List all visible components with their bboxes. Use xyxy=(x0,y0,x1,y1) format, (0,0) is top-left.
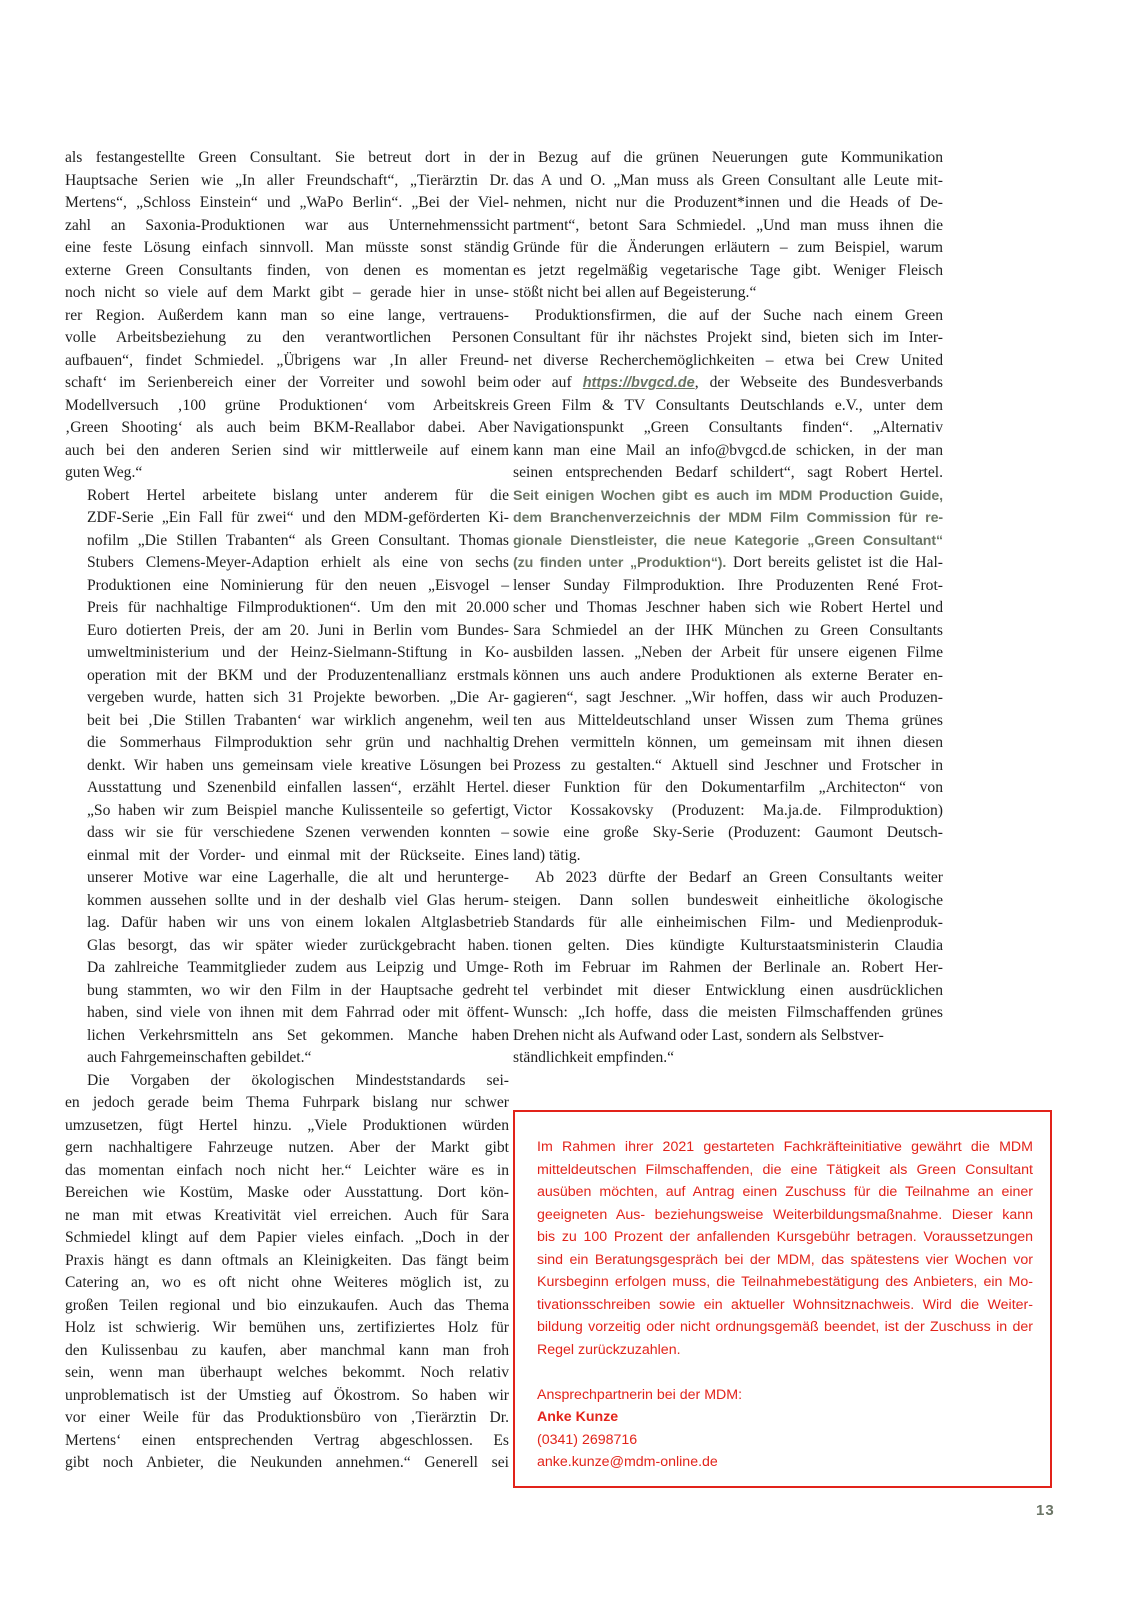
text-line: zahl an Saxonia-Produktionen war aus Unt… xyxy=(65,215,509,238)
highlight-line: dem Branchenverzeichnis der MDM Film Com… xyxy=(513,507,943,530)
text-line: lag. Dafür haben wir uns von einem lokal… xyxy=(65,912,509,935)
paragraph-1: als festangestellte Green Consultant. Si… xyxy=(65,147,509,485)
info-line: sind ein Beratungsgespräch bei der MDM, … xyxy=(537,1249,1033,1272)
text-line: Standards für alle einheimischen Film- u… xyxy=(513,912,943,935)
text-line: aufbauen“, findet Schmiedel. „Übrigens w… xyxy=(65,350,509,373)
paragraph-4: in Bezug auf die grünen Neuerungen gute … xyxy=(513,147,943,305)
text-line: lenser Sunday Filmproduktion. Ihre Produ… xyxy=(513,575,943,598)
text-line: Catering an, wo es oft nicht ohne Weiter… xyxy=(65,1272,509,1295)
paragraph-2: Robert Hertel arbeitete bislang unter an… xyxy=(65,485,509,1070)
contact-email[interactable]: anke.kunze@mdm-online.de xyxy=(537,1451,1033,1474)
left-column: als festangestellte Green Consultant. Si… xyxy=(65,147,509,1475)
text-line: en jedoch gerade beim Thema Fuhrpark bis… xyxy=(65,1092,509,1115)
text-line: partment“, betont Sara Schmiedel. „Und m… xyxy=(513,215,943,238)
page-number: 13 xyxy=(1036,1502,1055,1519)
text-line: haben, sind viele von ihnen mit dem Fahr… xyxy=(65,1002,509,1025)
highlight-fragment: (zu finden unter „Produktion“). xyxy=(513,555,726,571)
text-line: auch Fahrgemeinschaften gebildet.“ xyxy=(65,1047,509,1070)
text-line: bung stammten, wo wir den Film in der Ha… xyxy=(65,980,509,1003)
text-line: gibt noch Anbieter, die Neukunden annehm… xyxy=(65,1452,509,1475)
highlight-line: gionale Dienstleister, die neue Kategori… xyxy=(513,530,943,553)
info-line: Regel zurückzuzahlen. xyxy=(537,1339,1033,1362)
contact-name: Anke Kunze xyxy=(537,1406,1033,1429)
text-line: operation mit der BKM und der Produzente… xyxy=(65,665,509,688)
text-line: Drehen vermitteln können, um gemeinsam m… xyxy=(513,732,943,755)
text-line: Produktionen eine Nominierung für den ne… xyxy=(65,575,509,598)
text-line: auch bei den anderen Serien sind wir mit… xyxy=(65,440,509,463)
text-line: gern nachhaltigere Fahrzeuge nutzen. Abe… xyxy=(65,1137,509,1160)
text-line: Mertens‘ einen entsprechenden Vertrag ab… xyxy=(65,1430,509,1453)
text-line: ständlichkeit empfinden.“ xyxy=(513,1047,943,1070)
text-line: Produktionsfirmen, die auf der Suche nac… xyxy=(513,305,943,328)
text-line: tionen gelten. Dies kündigte Kulturstaat… xyxy=(513,935,943,958)
text-line: die Sommerhaus Filmproduktion sehr grün … xyxy=(65,732,509,755)
text-line: umzusetzen, fügt Hertel hinzu. „Viele Pr… xyxy=(65,1115,509,1138)
info-line: Im Rahmen ihrer 2021 gestarteten Fachkrä… xyxy=(537,1136,1033,1159)
text-line: steigen. Dann sollen bundesweit einheitl… xyxy=(513,890,943,913)
text-line: land) tätig. xyxy=(513,845,943,868)
contact-label: Ansprechpartnerin bei der MDM: xyxy=(537,1384,1033,1407)
text-line: beit bei ‚Die Stillen Trabanten‘ war wir… xyxy=(65,710,509,733)
text-line: „So haben wir zum Beispiel manche Kuliss… xyxy=(65,800,509,823)
text-line: tel verbindet mit dieser Entwicklung ein… xyxy=(513,980,943,1003)
text-line: Mertens“, „Schloss Einstein“ und „WaPo B… xyxy=(65,192,509,215)
text-line: Green Film & TV Consultants Deutschlands… xyxy=(513,395,943,418)
text-line: Victor Kossakovsky (Produzent: Ma.ja.de.… xyxy=(513,800,943,823)
text-line: ausbilden lassen. „Neben der Arbeit für … xyxy=(513,642,943,665)
highlight-line: Seit einigen Wochen gibt es auch im MDM … xyxy=(513,485,943,508)
text-line: den Kulissenbau zu kaufen, aber manchmal… xyxy=(65,1340,509,1363)
info-line: bis zu 100 Prozent der anfallenden Kursg… xyxy=(537,1226,1033,1249)
text-line: ZDF-Serie „Ein Fall für zwei“ und den MD… xyxy=(65,507,509,530)
text-line: nehmen, nicht nur die Produzent*innen un… xyxy=(513,192,943,215)
text-line: Ausstattung und Szenenbild einfallen las… xyxy=(65,777,509,800)
text-line: Robert Hertel arbeitete bislang unter an… xyxy=(65,485,509,508)
text-line: schaft‘ im Serienbereich einer der Vorre… xyxy=(65,372,509,395)
text-line: Euro dotierten Preis, der am 20. Juni in… xyxy=(65,620,509,643)
text-line: umweltministerium und der Heinz-Sielmann… xyxy=(65,642,509,665)
info-line: bildung vorzeitig oder nicht ordnungsgem… xyxy=(537,1316,1033,1339)
text-line: Schmiedel klingt auf dem Papier vieles e… xyxy=(65,1227,509,1250)
text-line: scher und Thomas Jeschner haben sich wie… xyxy=(513,597,943,620)
text-line: kommen aussehen sollte und in der deshal… xyxy=(65,890,509,913)
text-line: unserer Motive war eine Lagerhalle, die … xyxy=(65,867,509,890)
text-line: Ab 2023 dürfte der Bedarf an Green Consu… xyxy=(513,867,943,890)
text-line: stößt nicht bei allen auf Begeisterung.“ xyxy=(513,282,943,305)
text-line: vor einer Weile für das Produktionsbüro … xyxy=(65,1407,509,1430)
text-line: Stubers Clemens-Meyer-Adaption erhielt a… xyxy=(65,552,509,575)
text-line: ne man mit etwas Kreativität viel erreic… xyxy=(65,1205,509,1228)
text-line: einmal mit der Vorder- und einmal mit de… xyxy=(65,845,509,868)
info-line: tivationsschreiben sowie ein aktueller W… xyxy=(537,1294,1033,1317)
info-line: mitteldeutschen Filmschaffenden, die ein… xyxy=(537,1159,1033,1182)
text-line-with-link: oder auf https://bvgcd.de, der Webseite … xyxy=(513,372,943,395)
text-line: Praxis hängt es dann oftmals an Kleinigk… xyxy=(65,1250,509,1273)
paragraph-6: Ab 2023 dürfte der Bedarf an Green Consu… xyxy=(513,867,943,1070)
funding-info-box: Im Rahmen ihrer 2021 gestarteten Fachkrä… xyxy=(513,1110,1052,1488)
text-line: Wunsch: „Ich hoffe, dass die meisten Fil… xyxy=(513,1002,943,1025)
text-line: Hauptsache Serien wie „In aller Freundsc… xyxy=(65,170,509,193)
text-line: dass wir sie für verschiedene Szenen ver… xyxy=(65,822,509,845)
text-line: eine feste Lösung einfach sinnvoll. Man … xyxy=(65,237,509,260)
spacer xyxy=(537,1361,1033,1384)
text-line: in Bezug auf die grünen Neuerungen gute … xyxy=(513,147,943,170)
info-line: ausüben möchten, auf Antrag einen Zuschu… xyxy=(537,1181,1033,1204)
text-line: externe Green Consultants finden, von de… xyxy=(65,260,509,283)
text-line: das A und O. „Man muss als Green Consult… xyxy=(513,170,943,193)
text-fragment: Dort bereits gelistet ist die Hal- xyxy=(726,554,943,571)
text-line: Modellversuch ‚100 grüne Produktionen‘ v… xyxy=(65,395,509,418)
text-line: vergeben wurde, hatten sich 31 Projekte … xyxy=(65,687,509,710)
text-line: Sara Schmiedel an der IHK München zu Gre… xyxy=(513,620,943,643)
text-line: Glas besorgt, das wir später wieder zurü… xyxy=(65,935,509,958)
text-line: net diverse Recherchemöglichkeiten – etw… xyxy=(513,350,943,373)
text-line: sowie eine große Sky-Serie (Produzent: G… xyxy=(513,822,943,845)
text-line: Da zahlreiche Teammitglieder zudem aus L… xyxy=(65,957,509,980)
text-line: seinen entsprechenden Bedarf schildert“,… xyxy=(513,462,943,485)
text-line: volle Arbeitsbeziehung zu den verantwort… xyxy=(65,327,509,350)
text-fragment: oder auf xyxy=(513,374,583,391)
paragraph-5: Produktionsfirmen, die auf der Suche nac… xyxy=(513,305,943,868)
text-line: ‚Green Shooting‘ als auch beim BKM-Reall… xyxy=(65,417,509,440)
text-line-mixed: (zu finden unter „Produktion“). Dort ber… xyxy=(513,552,943,575)
info-line: Kursbeginn erfolgen muss, die Teilnahmeb… xyxy=(537,1271,1033,1294)
text-line: großen Teilen regional und bio einzukauf… xyxy=(65,1295,509,1318)
right-column: in Bezug auf die grünen Neuerungen gute … xyxy=(513,147,943,1070)
text-line: das momentan einfach noch nicht her.“ Le… xyxy=(65,1160,509,1183)
bvgcd-link[interactable]: https://bvgcd.de xyxy=(583,375,695,391)
text-line: gagieren“, sagt Jeschner. „Wir hoffen, d… xyxy=(513,687,943,710)
text-line: Roth im Februar im Rahmen der Berlinale … xyxy=(513,957,943,980)
text-line: unproblematisch ist der Umstieg auf Ökos… xyxy=(65,1385,509,1408)
text-line: Bereichen wie Kostüm, Maske oder Ausstat… xyxy=(65,1182,509,1205)
text-line: ten aus Mitteldeutschland unser Wissen z… xyxy=(513,710,943,733)
text-line: lichen Verkehrsmitteln ans Set gekommen.… xyxy=(65,1025,509,1048)
text-line: können uns auch andere Produktionen als … xyxy=(513,665,943,688)
info-line: geeigneten Aus- beziehungsweise Weiterbi… xyxy=(537,1204,1033,1227)
text-line: noch nicht so viele auf dem Markt gibt –… xyxy=(65,282,509,305)
text-line: Preis für nachhaltige Filmproduktionen“.… xyxy=(65,597,509,620)
text-line: Consultant für ihr nächstes Projekt sind… xyxy=(513,327,943,350)
text-line: Die Vorgaben der ökologischen Mindeststa… xyxy=(65,1070,509,1093)
text-line: sein, wenn man überhaupt welches bekommt… xyxy=(65,1362,509,1385)
text-line: es jetzt regelmäßig vegetarische Tage gi… xyxy=(513,260,943,283)
info-box-content: Im Rahmen ihrer 2021 gestarteten Fachkrä… xyxy=(537,1136,1033,1474)
text-line: Holz ist schwierig. Wir bemühen uns, zer… xyxy=(65,1317,509,1340)
text-line: als festangestellte Green Consultant. Si… xyxy=(65,147,509,170)
text-line: Navigationspunkt „Green Consultants find… xyxy=(513,417,943,440)
text-line: Drehen nicht als Aufwand oder Last, sond… xyxy=(513,1025,943,1048)
text-fragment: , der Webseite des Bundesverbands xyxy=(695,374,943,391)
text-line: dieser Funktion für den Dokumentarfilm „… xyxy=(513,777,943,800)
paragraph-3: Die Vorgaben der ökologischen Mindeststa… xyxy=(65,1070,509,1475)
text-line: rer Region. Außerdem kann man so eine la… xyxy=(65,305,509,328)
text-line: Prozess zu gestalten.“ Aktuell sind Jesc… xyxy=(513,755,943,778)
text-line: Gründe für die Änderungen erläutern – zu… xyxy=(513,237,943,260)
text-line: guten Weg.“ xyxy=(65,462,509,485)
text-line: kann man eine Mail an info@bvgcd.de schi… xyxy=(513,440,943,463)
contact-phone[interactable]: (0341) 2698716 xyxy=(537,1429,1033,1452)
text-line: denkt. Wir haben uns gemeinsam viele kre… xyxy=(65,755,509,778)
text-line: nofilm „Die Stillen Trabanten“ als Green… xyxy=(65,530,509,553)
